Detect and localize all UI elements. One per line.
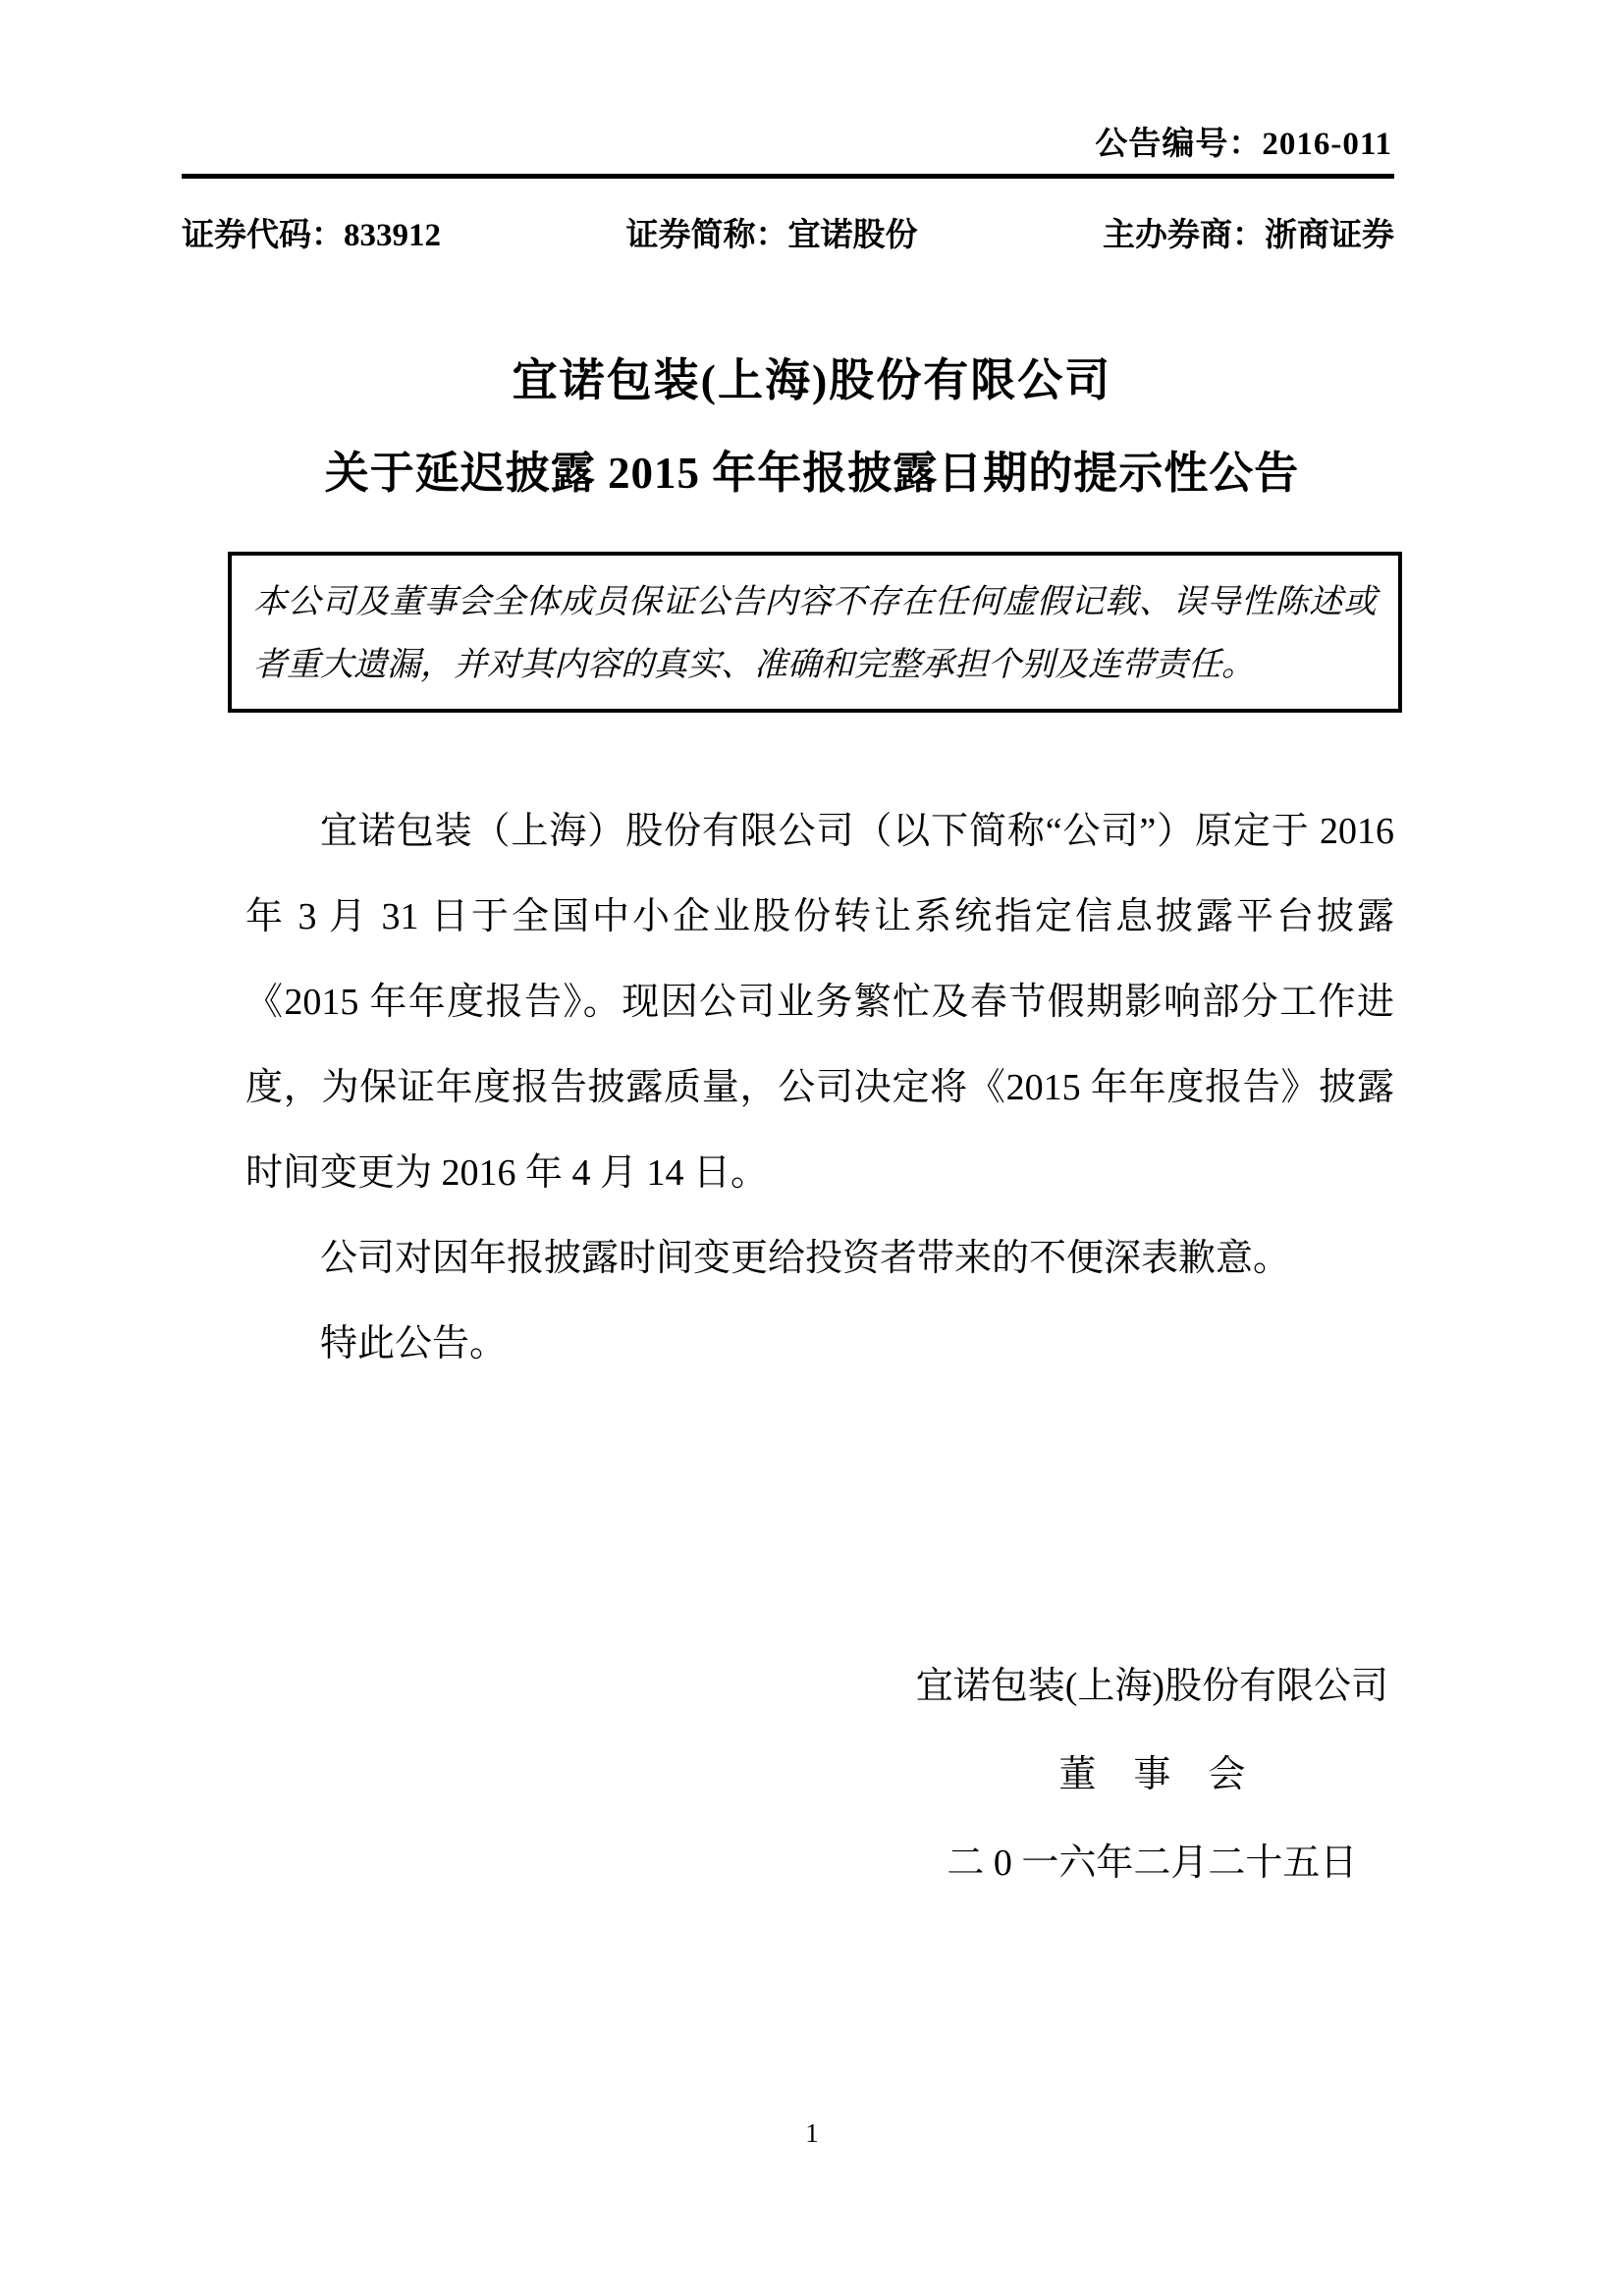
- announcement-body: 宜诺包装（上海）股份有限公司（以下简称“公司”）原定于 2016 年 3 月 3…: [245, 789, 1394, 1387]
- announcement-number: 公告编号：2016-011: [0, 0, 1624, 164]
- stock-code: 证券代码：833912: [182, 216, 441, 255]
- securities-header-row: 证券代码：833912 证券简称：宜诺股份 主办券商：浙商证券: [182, 216, 1394, 255]
- sponsor-broker: 主办券商：浙商证券: [1103, 216, 1394, 255]
- page-number: 1: [0, 2118, 1624, 2149]
- signature-board: 董 事 会: [916, 1731, 1388, 1819]
- header-divider: [182, 174, 1394, 179]
- body-paragraph: 宜诺包装（上海）股份有限公司（以下简称“公司”）原定于 2016 年 3 月 3…: [245, 789, 1394, 1216]
- announcement-title: 关于延迟披露 2015 年年报披露日期的提示性公告: [0, 446, 1624, 501]
- document-page: 公告编号：2016-011 证券代码：833912 证券简称：宜诺股份 主办券商…: [0, 0, 1624, 2296]
- signature-date: 二 0 一六年二月二十五日: [916, 1819, 1388, 1907]
- signature-company: 宜诺包装(上海)股份有限公司: [916, 1642, 1388, 1731]
- body-paragraph: 公司对因年报披露时间变更给投资者带来的不便深表歉意。: [245, 1216, 1394, 1302]
- company-title: 宜诺包装(上海)股份有限公司: [0, 353, 1624, 408]
- signature-block: 宜诺包装(上海)股份有限公司 董 事 会 二 0 一六年二月二十五日: [916, 1642, 1388, 1907]
- body-paragraph: 特此公告。: [245, 1302, 1394, 1387]
- stock-short-name: 证券简称：宜诺股份: [626, 216, 918, 255]
- disclaimer-box: 本公司及董事会全体成员保证公告内容不存在任何虚假记载、误导性陈述或者重大遗漏，并…: [228, 552, 1402, 713]
